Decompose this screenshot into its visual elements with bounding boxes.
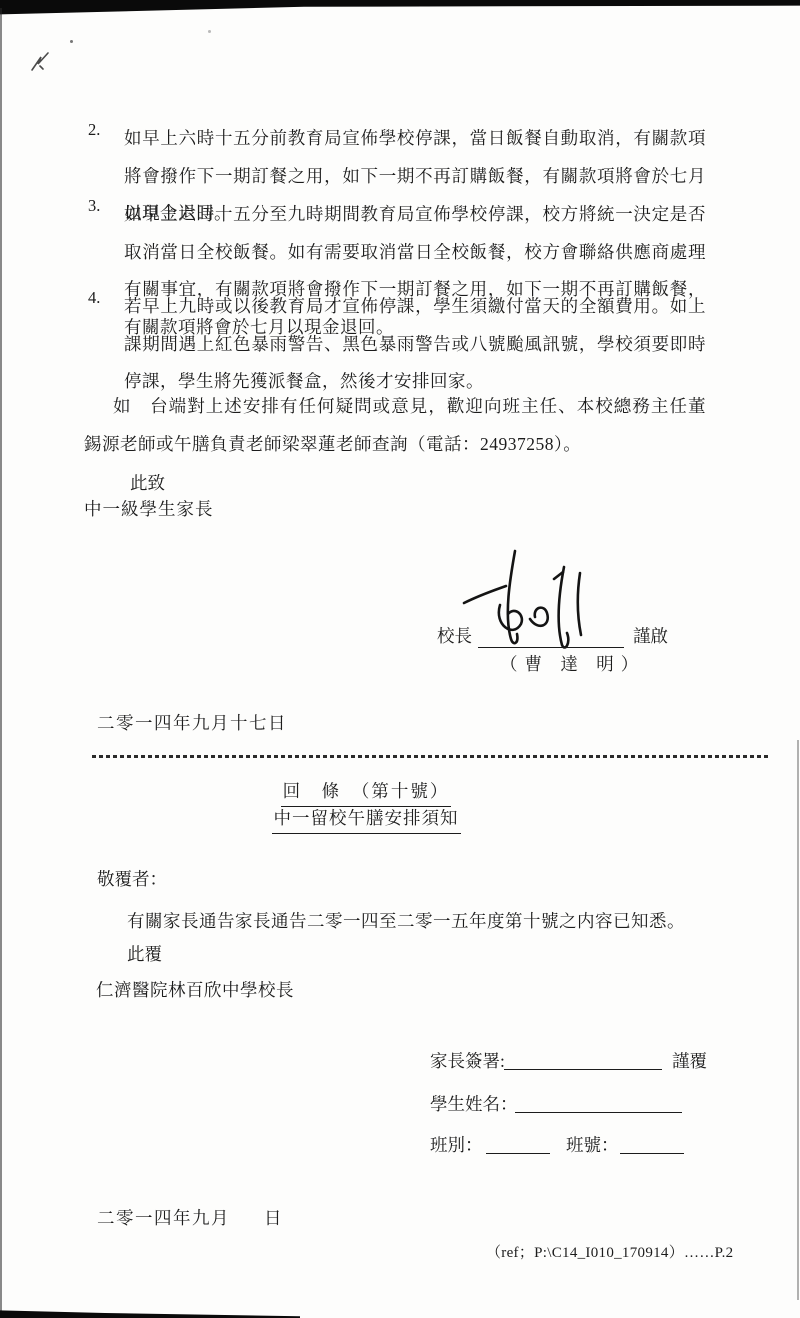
- principal-label: 校長: [437, 623, 472, 648]
- class-no-line: [620, 1153, 684, 1154]
- scanned-notice-page: 2. 如早上六時十五分前教育局宣佈學校停課，當日飯餐自動取消，有關款項將會撥作下…: [0, 0, 800, 1318]
- student-name-label: 學生姓名：: [430, 1091, 518, 1116]
- reply-date-prefix: 二零一四年九月: [97, 1208, 230, 1228]
- principal-name: （曹 達 明）: [500, 651, 645, 676]
- class-label: 班別：: [430, 1132, 483, 1157]
- contact-paragraph: 如 台端對上述安排有任何疑問或意見，歡迎向班主任、本校總務主任董錫源老師或午膳負…: [84, 388, 706, 463]
- reply-subtitle: 中一留校午膳安排須知: [272, 805, 461, 834]
- pen-mark: [28, 44, 62, 76]
- item-number: 4.: [88, 288, 124, 401]
- notice-item-4: 4. 若早上九時或以後教育局才宣佈停課，學生須繳付當天的全額費用。如上課期間遇上…: [88, 288, 706, 401]
- scan-edge-bottom: [0, 1309, 300, 1318]
- separator-dashed-line: [92, 755, 770, 758]
- class-no-label: 班號：: [566, 1132, 619, 1157]
- scan-edge-top: [0, 0, 800, 20]
- principal-signature-line: [478, 647, 624, 648]
- scan-speck: [70, 40, 73, 43]
- reply-salutation: 敬覆者：: [97, 866, 167, 891]
- parent-signature-suffix: 謹覆: [672, 1048, 707, 1073]
- reply-date: 二零一四年九月日: [97, 1205, 283, 1230]
- reply-addressee: 仁濟醫院林百欣中學校長: [96, 977, 294, 1002]
- reply-subtitle-wrap: 中一留校午膳安排須知: [0, 805, 732, 834]
- principal-signature: [458, 545, 623, 653]
- scan-speck: [208, 30, 211, 33]
- scan-edge-left: [0, 8, 2, 1314]
- footer-ref: （ref；P:\C14_I010_170914）……P.2: [486, 1241, 733, 1262]
- reply-date-suffix: 日: [264, 1208, 283, 1228]
- item-text: 若早上九時或以後教育局才宣佈停課，學生須繳付當天的全額費用。如上課期間遇上紅色暴…: [124, 288, 706, 401]
- class-line: [486, 1153, 550, 1154]
- closing-recipient: 中一級學生家長: [84, 496, 214, 521]
- parent-signature-label: 家長簽署:: [430, 1048, 505, 1073]
- notice-date: 二零一四年九月十七日: [97, 710, 287, 735]
- reply-body: 有關家長通告家長通告二零一四至二零一五年度第十號之内容已知悉。: [127, 903, 707, 941]
- student-name-line: [515, 1112, 682, 1113]
- reply-closing: 此覆: [127, 941, 162, 966]
- reply-title-wrap: 回 條 （第十號）: [0, 778, 732, 807]
- closing-salute: 此致: [130, 470, 165, 495]
- respect-close: 謹啟: [633, 623, 668, 648]
- scan-edge-right: [797, 740, 799, 1300]
- reply-title: 回 條 （第十號）: [281, 778, 452, 807]
- parent-signature-line: [504, 1069, 662, 1070]
